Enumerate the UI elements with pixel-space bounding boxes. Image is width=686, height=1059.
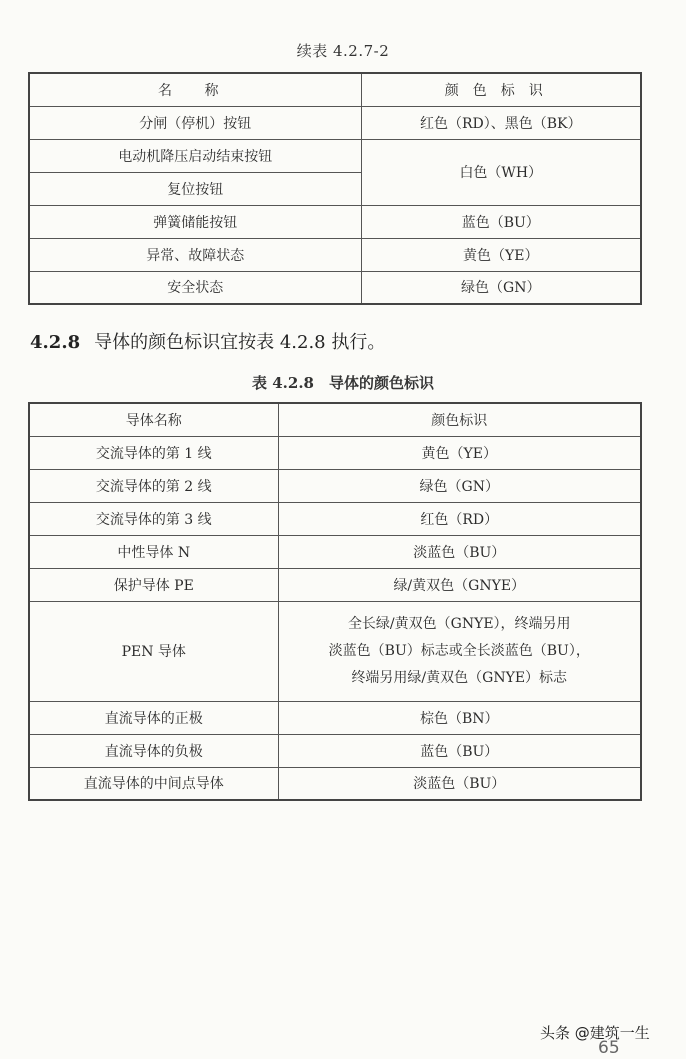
cell-name: 保护导体 PE (29, 568, 278, 601)
table-row: 安全状态 绿色（GN） (29, 271, 641, 304)
cell-name: 中性导体 N (29, 535, 278, 568)
table-row: 电动机降压启动结束按钮 白色（WH） (29, 139, 641, 172)
header-conductor-name: 导体名称 (29, 403, 278, 436)
header-color: 颜色标识 (278, 403, 641, 436)
table-row: 弹簧储能按钮 蓝色（BU） (29, 205, 641, 238)
cell-color: 黄色（YE） (278, 436, 641, 469)
cell-color: 蓝色（BU） (278, 734, 641, 767)
cell-color-line: 终端另用绿/黄双色（GNYE）标志 (279, 665, 641, 692)
cell-name: 直流导体的正极 (29, 701, 278, 734)
table-header-row: 名 称 颜色标识 (29, 73, 641, 106)
cell-color: 棕色（BN） (278, 701, 641, 734)
cell-name: PEN 导体 (29, 601, 278, 701)
page-number: 65 (598, 1038, 620, 1058)
table-row: 直流导体的正极 棕色（BN） (29, 701, 641, 734)
table-row: 直流导体的负极 蓝色（BU） (29, 734, 641, 767)
cell-name: 直流导体的中间点导体 (29, 767, 278, 800)
cell-name: 交流导体的第 1 线 (29, 436, 278, 469)
cell-name: 弹簧储能按钮 (29, 205, 361, 238)
table-row: 中性导体 N 淡蓝色（BU） (29, 535, 641, 568)
cell-name: 安全状态 (29, 271, 361, 304)
table-row: 交流导体的第 1 线 黄色（YE） (29, 436, 641, 469)
table-row: PEN 导体 全长绿/黄双色（GNYE），终端另用 淡蓝色（BU）标志或全长淡蓝… (29, 601, 641, 701)
cell-color-line: 全长绿/黄双色（GNYE），终端另用 (279, 611, 641, 638)
clause-number: 4.2.8 (30, 332, 80, 353)
cell-color: 白色（WH） (361, 139, 641, 205)
table-4-2-7-2-continued: 名 称 颜色标识 分闸（停机）按钮 红色（RD）、黑色（BK） 电动机降压启动结… (28, 72, 642, 305)
cell-color: 蓝色（BU） (361, 205, 641, 238)
cell-color: 绿色（GN） (361, 271, 641, 304)
table-caption-4-2-8: 表 4.2.8 导体的颜色标识 (0, 372, 686, 393)
cell-name: 异常、故障状态 (29, 238, 361, 271)
cell-color-multiline: 全长绿/黄双色（GNYE），终端另用 淡蓝色（BU）标志或全长淡蓝色（BU）， … (278, 601, 641, 701)
cell-name: 交流导体的第 2 线 (29, 469, 278, 502)
table-row: 直流导体的中间点导体 淡蓝色（BU） (29, 767, 641, 800)
table-4-2-8-conductor-colors: 导体名称 颜色标识 交流导体的第 1 线 黄色（YE） 交流导体的第 2 线 绿… (28, 402, 642, 801)
table-row: 分闸（停机）按钮 红色（RD）、黑色（BK） (29, 106, 641, 139)
cell-name: 复位按钮 (29, 172, 361, 205)
table-row: 异常、故障状态 黄色（YE） (29, 238, 641, 271)
clause-4-2-8: 4.2.8导体的颜色标识宜按表 4.2.8 执行。 (30, 328, 385, 354)
table-row: 交流导体的第 3 线 红色（RD） (29, 502, 641, 535)
watermark: 头条 @建筑一生 (540, 1022, 650, 1043)
cell-color: 黄色（YE） (361, 238, 641, 271)
clause-text: 导体的颜色标识宜按表 4.2.8 执行。 (94, 332, 385, 353)
header-name: 名 称 (29, 73, 361, 106)
cell-color-line: 淡蓝色（BU）标志或全长淡蓝色（BU）， (279, 638, 641, 665)
table-caption-4-2-7-2: 续表 4.2.7-2 (0, 40, 686, 61)
cell-color: 绿/黄双色（GNYE） (278, 568, 641, 601)
cell-color: 红色（RD）、黑色（BK） (361, 106, 641, 139)
cell-name: 交流导体的第 3 线 (29, 502, 278, 535)
cell-color: 红色（RD） (278, 502, 641, 535)
cell-name: 直流导体的负极 (29, 734, 278, 767)
cell-name: 电动机降压启动结束按钮 (29, 139, 361, 172)
table-row: 保护导体 PE 绿/黄双色（GNYE） (29, 568, 641, 601)
cell-color: 淡蓝色（BU） (278, 535, 641, 568)
table-header-row: 导体名称 颜色标识 (29, 403, 641, 436)
header-color: 颜色标识 (361, 73, 641, 106)
table-row: 交流导体的第 2 线 绿色（GN） (29, 469, 641, 502)
cell-name: 分闸（停机）按钮 (29, 106, 361, 139)
cell-color: 淡蓝色（BU） (278, 767, 641, 800)
cell-color: 绿色（GN） (278, 469, 641, 502)
